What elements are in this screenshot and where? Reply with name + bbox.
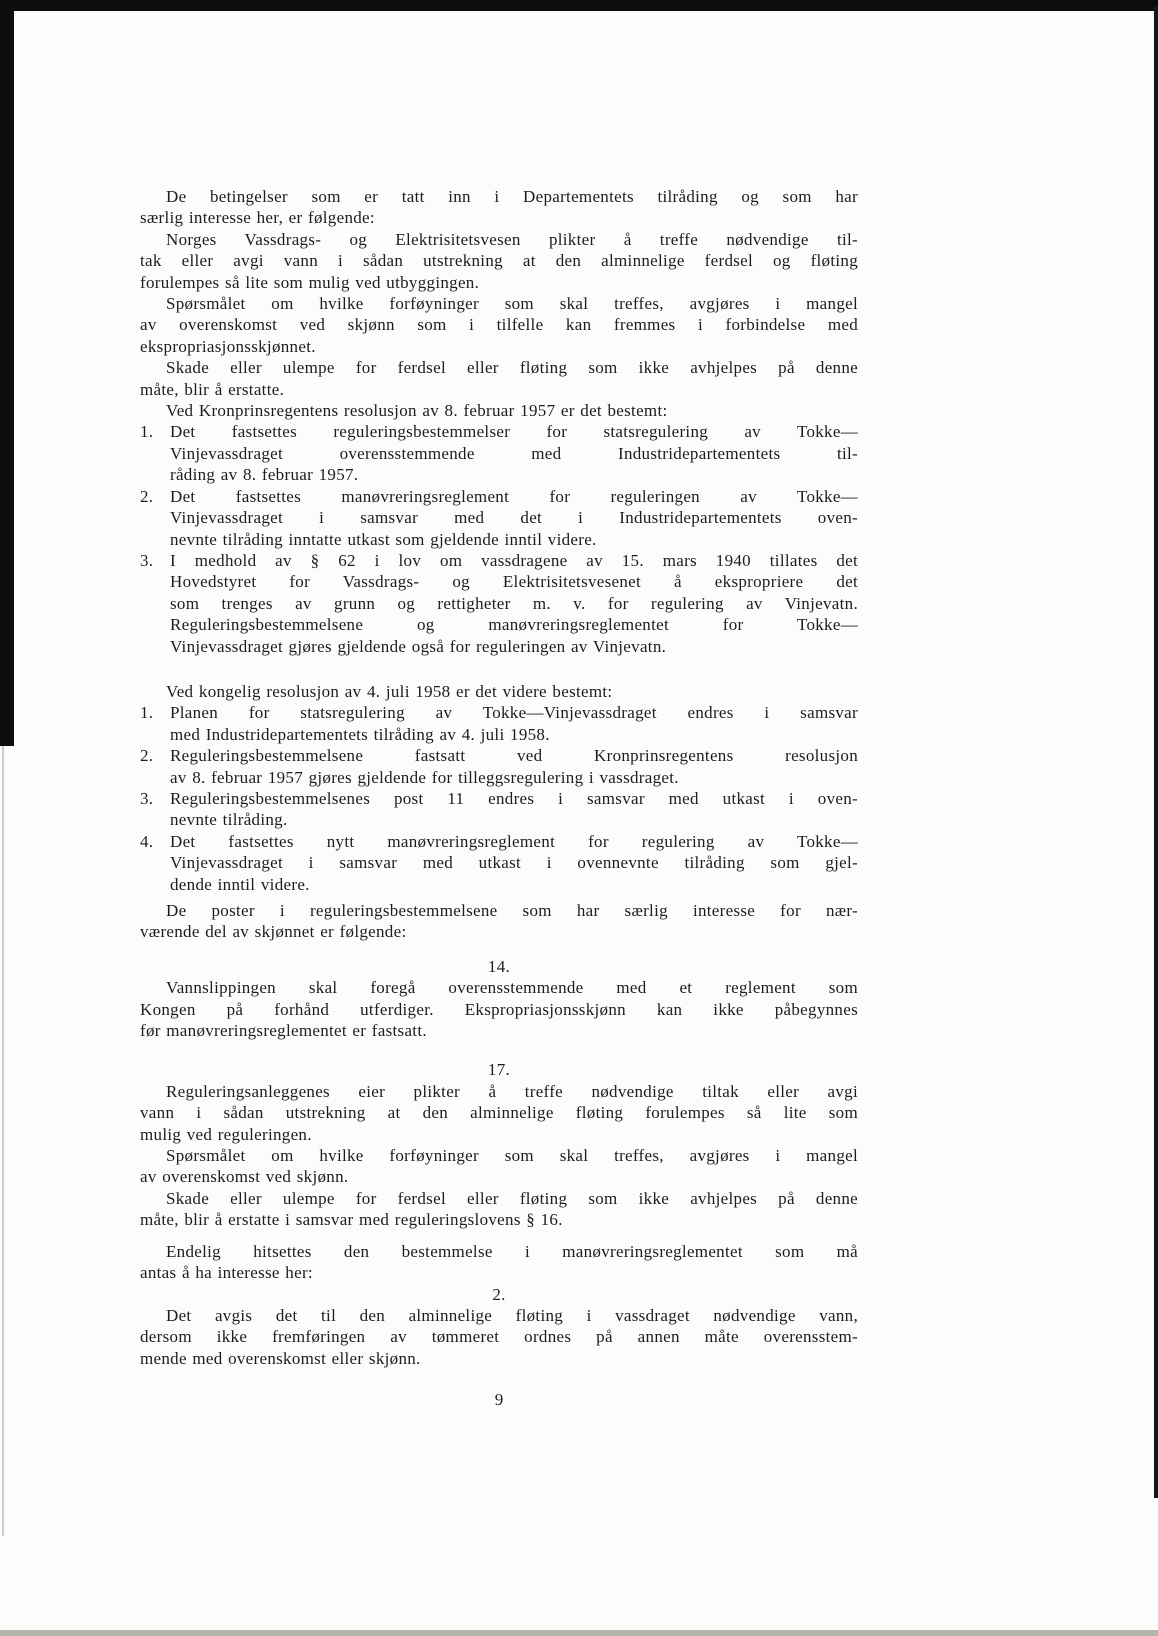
text-line: Vinjevassdraget overensstemmende med Ind… [140,443,858,464]
text-line: måte, blir å erstatte i samsvar med regu… [140,1209,858,1230]
text-line: nevnte tilråding. [140,809,858,830]
text-line: Vannslippingen skal foregå overensstemme… [140,977,858,998]
text-line: av 8. februar 1957 gjøres gjeldende for … [140,767,858,788]
scan-border-bottom [0,1630,1158,1636]
text-line: Vinjevassdraget i samsvar med det i Indu… [140,507,858,528]
text-line: forulempes så lite som mulig ved utbyggi… [140,272,858,293]
text-line: 2.Det fastsettes manøvreringsreglement f… [140,486,858,507]
text-line: råding av 8. februar 1957. [140,464,858,485]
text-line: Det avgis det til den alminnelige fløtin… [140,1305,858,1326]
text-line: før manøvreringsreglementet er fastsatt. [140,1020,858,1041]
text-line: av overenskomst ved skjønn. [140,1166,858,1187]
text-line: måte, blir å erstatte. [140,379,858,400]
text-line: Spørsmålet om hvilke forføyninger som sk… [140,293,858,314]
text-line: ekspropriasjonsskjønnet. [140,336,858,357]
scanned-page: De betingelser som er tatt inn i Departe… [0,0,1158,1636]
text-line: Vinjevassdraget i samsvar med utkast i o… [140,852,858,873]
list-number: 4. [140,831,170,852]
text-line: 2.Reguleringsbestemmelsene fastsatt ved … [140,745,858,766]
text-line: 4.Det fastsettes nytt manøvreringsreglem… [140,831,858,852]
scan-border-right [1154,6,1158,1498]
text-line: med Industridepartementets tilråding av … [140,724,858,745]
text-line: nevnte tilråding inntatte utkast som gje… [140,529,858,550]
text-line: Spørsmålet om hvilke forføyninger som sk… [140,1145,858,1166]
list-number: 3. [140,550,170,571]
text-line: dende inntil videre. [140,874,858,895]
text-line: Vinjevassdraget gjøres gjeldende også fo… [140,636,858,657]
text-line: Skade eller ulempe for ferdsel eller flø… [140,1188,858,1209]
text-line: Ved kongelig resolusjon av 4. juli 1958 … [140,681,858,702]
scan-border-left [0,0,14,746]
text-line: Reguleringsanleggenes eier plikter å tre… [140,1081,858,1102]
text-line: tak eller avgi vann i sådan utstrekning … [140,250,858,271]
text-line: 1.Planen for statsregulering av Tokke—Vi… [140,702,858,723]
text-line: 3.Reguleringsbestemmelsenes post 11 endr… [140,788,858,809]
text-line: Norges Vassdrags- og Elektrisitetsvesen … [140,229,858,250]
list-number: 1. [140,702,170,723]
list-number: 1. [140,421,170,442]
section-heading: 2. [140,1284,858,1305]
text-line: vann i sådan utstrekning at den alminnel… [140,1102,858,1123]
text-line: mende med overenskomst eller skjønn. [140,1348,858,1369]
text-line: De betingelser som er tatt inn i Departe… [140,186,858,207]
list-number: 2. [140,486,170,507]
text-line: som trenges av grunn og rettigheter m. v… [140,593,858,614]
text-line: antas å ha interesse her: [140,1262,858,1283]
text-line: av overenskomst ved skjønn som i tilfell… [140,314,858,335]
text-line: dersom ikke fremføringen av tømmeret ord… [140,1326,858,1347]
text-line: 3.I medhold av § 62 i lov om vassdragene… [140,550,858,571]
text-line: særlig interesse her, er følgende: [140,207,858,228]
section-heading: 17. [140,1059,858,1080]
list-number: 3. [140,788,170,809]
text-line: Reguleringsbestemmelsene og manøvrerings… [140,614,858,635]
scan-border-left-faint [2,746,4,1536]
document-text: De betingelser som er tatt inn i Departe… [140,186,858,1369]
text-line: Skade eller ulempe for ferdsel eller flø… [140,357,858,378]
text-line: De poster i reguleringsbestemmelsene som… [140,900,858,921]
scan-border-top [0,0,1158,11]
text-line: Kongen på forhånd utferdiger. Ekspropria… [140,999,858,1020]
text-line: 1.Det fastsettes reguleringsbestemmelser… [140,421,858,442]
text-line: mulig ved reguleringen. [140,1124,858,1145]
text-line: Hovedstyret for Vassdrags- og Elektrisit… [140,571,858,592]
text-line: værende del av skjønnet er følgende: [140,921,858,942]
list-number: 2. [140,745,170,766]
text-line: Endelig hitsettes den bestemmelse i manø… [140,1241,858,1262]
section-heading: 14. [140,956,858,977]
text-line: Ved Kronprinsregentens resolusjon av 8. … [140,400,858,421]
page-number: 9 [140,1390,858,1410]
